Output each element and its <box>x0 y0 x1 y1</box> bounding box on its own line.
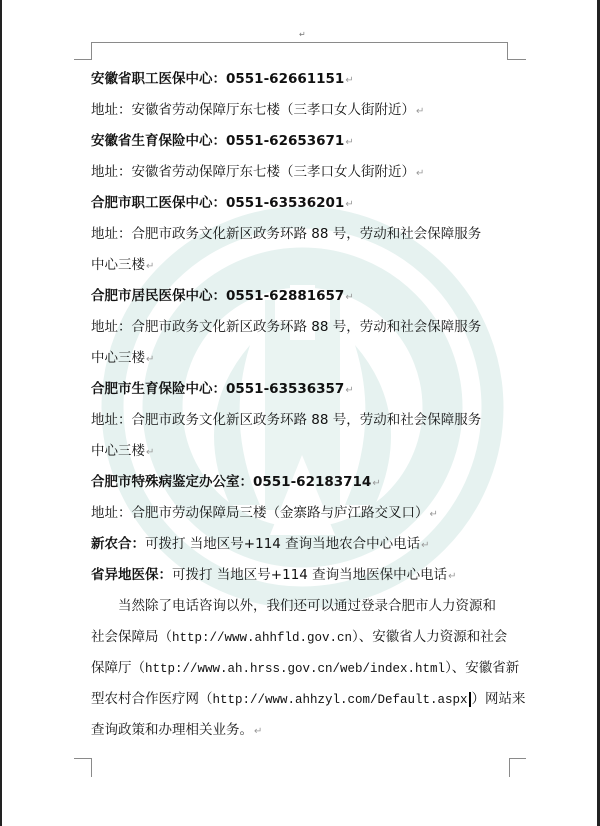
paragraph-mark: ↵ <box>254 726 262 737</box>
header-line <box>91 42 507 43</box>
address-text: 中心三楼 <box>91 257 145 273</box>
note-label: 省异地医保： <box>91 567 172 583</box>
address-text: 中心三楼 <box>91 443 145 459</box>
contact-phone: 0551-62183714 <box>253 474 371 490</box>
contact-title-line: 合肥市生育保险中心：0551-63536357↵ <box>91 374 511 405</box>
closing-line: 型农村合作医疗网（http://www.ahhzyl.com/Default.a… <box>91 684 511 715</box>
paragraph-mark: ↵ <box>430 509 438 520</box>
address-text: 地址：安徽省劳动保障厅东七楼（三孝口女人街附近） <box>91 102 415 118</box>
address-text: 中心三楼 <box>91 350 145 366</box>
address-line: 中心三楼↵ <box>91 436 511 467</box>
header-paragraph-mark: ↵ <box>299 30 306 39</box>
closing-text: ）网站来 <box>472 691 526 707</box>
paragraph-mark: ↵ <box>345 137 353 148</box>
document-body: 安徽省职工医保中心：0551-62661151↵ 地址：安徽省劳动保障厅东七楼（… <box>91 64 511 746</box>
note-text: 可拨打 当地区号+114 查询当地医保中心电话 <box>172 567 447 583</box>
closing-line: 查询政策和办理相关业务。↵ <box>91 715 511 746</box>
contact-title-line: 合肥市职工医保中心：0551-63536201↵ <box>91 188 511 219</box>
paragraph-mark: ↵ <box>372 478 380 489</box>
closing-text: 当然除了电话咨询以外，我们还可以通过登录合肥市人力资源和 <box>118 598 496 614</box>
crop-mark-bottom-left <box>74 758 92 777</box>
note-label: 新农合： <box>91 536 145 552</box>
address-line: 中心三楼↵ <box>91 250 511 281</box>
closing-text: ）、安徽省人力资源和社会 <box>352 629 507 645</box>
paragraph-mark: ↵ <box>421 540 429 551</box>
address-text: 地址：安徽省劳动保障厅东七楼（三孝口女人街附近） <box>91 164 415 180</box>
url-link[interactable]: http://www.ahhzyl.com/Default.aspx <box>213 693 468 707</box>
contact-phone: 0551-63536357 <box>226 381 344 397</box>
contact-phone: 0551-62653671 <box>226 133 344 149</box>
crop-mark-bottom-right <box>509 758 526 777</box>
note-line: 省异地医保：可拨打 当地区号+114 查询当地医保中心电话↵ <box>91 560 511 591</box>
paragraph-mark: ↵ <box>416 106 424 117</box>
address-line: 地址：合肥市政务文化新区政务环路 88 号，劳动和社会保障服务 <box>91 405 511 436</box>
address-text: 地址：合肥市政务文化新区政务环路 88 号，劳动和社会保障服务 <box>91 319 481 335</box>
paragraph-mark: ↵ <box>146 354 154 365</box>
paragraph-mark: ↵ <box>345 292 353 303</box>
address-line: 地址：安徽省劳动保障厅东七楼（三孝口女人街附近）↵ <box>91 157 511 188</box>
address-text: 地址：合肥市政务文化新区政务环路 88 号，劳动和社会保障服务 <box>91 412 481 428</box>
contact-title-line: 合肥市居民医保中心：0551-62881657↵ <box>91 281 511 312</box>
crop-mark-top-right <box>507 42 526 60</box>
url-link[interactable]: http://www.ahhfld.gov.cn <box>172 631 352 645</box>
closing-line: 当然除了电话咨询以外，我们还可以通过登录合肥市人力资源和 <box>91 591 511 622</box>
contact-title-line: 安徽省生育保险中心：0551-62653671↵ <box>91 126 511 157</box>
closing-line: 保障厅（http://www.ah.hrss.gov.cn/web/index.… <box>91 653 511 684</box>
contact-name: 安徽省生育保险中心： <box>91 133 226 149</box>
contact-name: 合肥市生育保险中心： <box>91 381 226 397</box>
url-link[interactable]: http://www.ah.hrss.gov.cn/web/index.html <box>145 662 445 676</box>
address-text: 地址：合肥市劳动保障局三楼（金寨路与庐江路交叉口） <box>91 505 429 521</box>
address-line: 地址：合肥市政务文化新区政务环路 88 号，劳动和社会保障服务 <box>91 312 511 343</box>
address-line: 中心三楼↵ <box>91 343 511 374</box>
paragraph-mark: ↵ <box>345 199 353 210</box>
closing-text: 型农村合作医疗网（ <box>91 691 213 707</box>
note-line: 新农合：可拨打 当地区号+114 查询当地农合中心电话↵ <box>91 529 511 560</box>
contact-phone: 0551-62881657 <box>226 288 344 304</box>
contact-name: 合肥市特殊病鉴定办公室： <box>91 474 253 490</box>
crop-mark-top-left <box>74 42 92 60</box>
contact-name: 安徽省职工医保中心： <box>91 71 226 87</box>
window-left-edge <box>0 0 2 826</box>
address-line: 地址：合肥市政务文化新区政务环路 88 号，劳动和社会保障服务 <box>91 219 511 250</box>
closing-text: ）、安徽省新 <box>445 660 519 676</box>
contact-title-line: 合肥市特殊病鉴定办公室：0551-62183714↵ <box>91 467 511 498</box>
contact-phone: 0551-62661151 <box>226 71 344 87</box>
paragraph-mark: ↵ <box>146 447 154 458</box>
address-text: 地址：合肥市政务文化新区政务环路 88 号，劳动和社会保障服务 <box>91 226 481 242</box>
paragraph-mark: ↵ <box>146 261 154 272</box>
contact-name: 合肥市居民医保中心： <box>91 288 226 304</box>
closing-text: 社会保障局（ <box>91 629 172 645</box>
contact-name: 合肥市职工医保中心： <box>91 195 226 211</box>
address-line: 地址：安徽省劳动保障厅东七楼（三孝口女人街附近）↵ <box>91 95 511 126</box>
closing-text: 保障厅（ <box>91 660 145 676</box>
address-line: 地址：合肥市劳动保障局三楼（金寨路与庐江路交叉口）↵ <box>91 498 511 529</box>
text-cursor <box>469 692 471 707</box>
paragraph-mark: ↵ <box>416 168 424 179</box>
paragraph-mark: ↵ <box>345 385 353 396</box>
contact-phone: 0551-63536201 <box>226 195 344 211</box>
closing-text: 查询政策和办理相关业务。 <box>91 722 253 738</box>
paragraph-mark: ↵ <box>345 75 353 86</box>
note-text: 可拨打 当地区号+114 查询当地农合中心电话 <box>145 536 420 552</box>
paragraph-mark: ↵ <box>448 571 456 582</box>
contact-title-line: 安徽省职工医保中心：0551-62661151↵ <box>91 64 511 95</box>
closing-line: 社会保障局（http://www.ahhfld.gov.cn）、安徽省人力资源和… <box>91 622 511 653</box>
